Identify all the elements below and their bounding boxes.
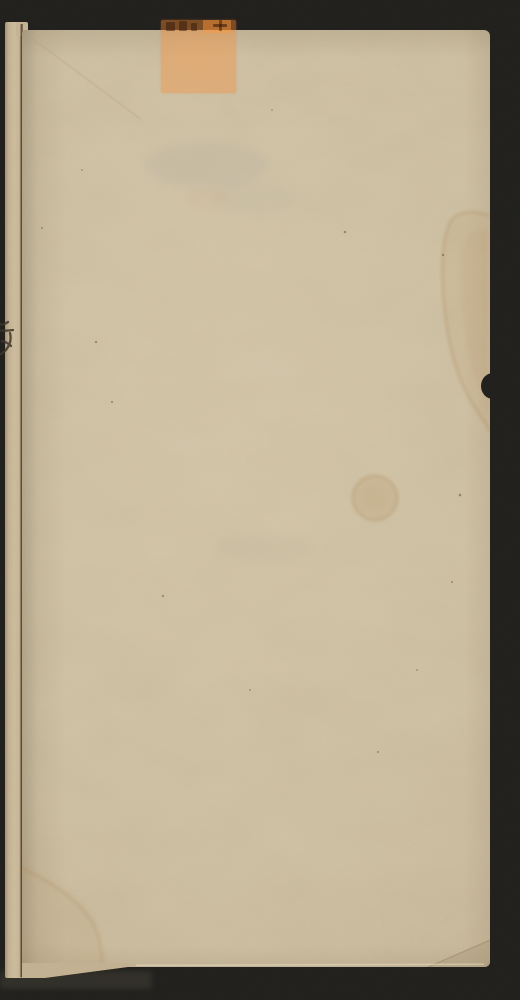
page-edge-chip bbox=[481, 373, 505, 399]
round-stain bbox=[353, 476, 397, 520]
seal-mark bbox=[219, 20, 222, 31]
seal-mark bbox=[166, 22, 175, 31]
seal-mark bbox=[179, 21, 187, 31]
scan-scene bbox=[0, 0, 520, 1000]
paper-texture-and-stains bbox=[22, 30, 490, 967]
ink-fragment-glyph bbox=[0, 316, 18, 360]
library-stamp bbox=[161, 20, 236, 93]
stamp-seal-marks bbox=[161, 20, 236, 33]
book-page bbox=[22, 30, 490, 967]
seal-mark bbox=[191, 23, 197, 31]
